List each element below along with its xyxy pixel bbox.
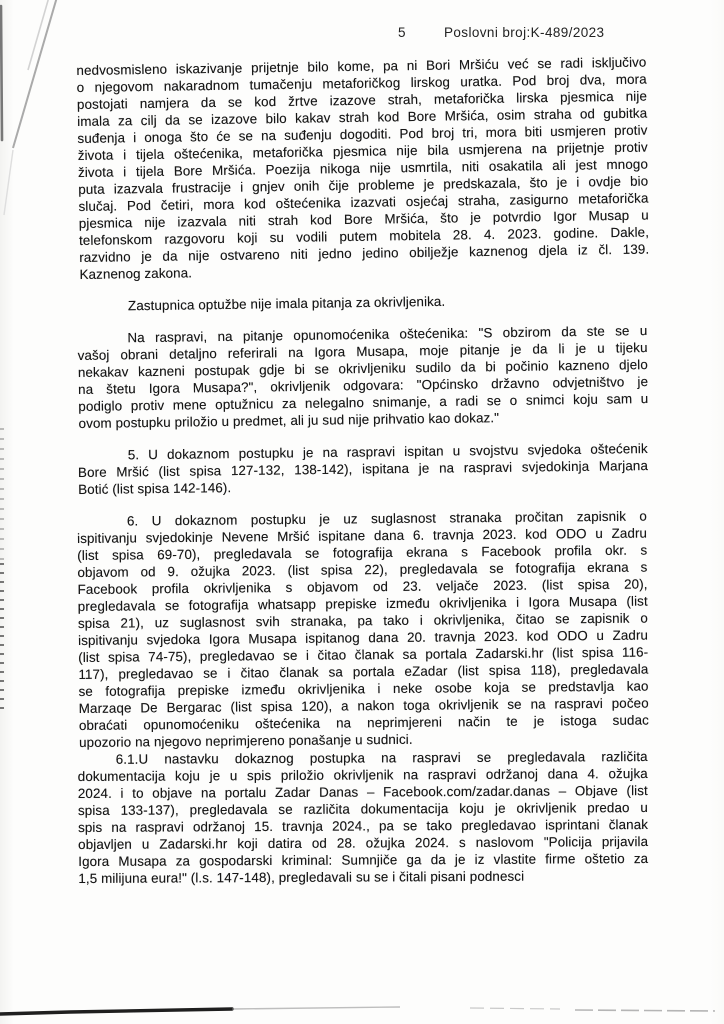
text-line: Igora Musapa za gospodarski kriminal: Su… — [78, 850, 648, 870]
paragraph-na-raspravi: Na raspravi, na pitanje opunomoćenika oš… — [77, 322, 648, 432]
paragraph-continuation: nedvosmisleno iskazivanje prijetnje bilo… — [76, 54, 649, 283]
text-line: 1,5 milijuna eura!" (l.s. 147-148), preg… — [78, 867, 648, 887]
scan-bottom-smudge-right — [575, 1010, 715, 1011]
scan-fold-artifact-tail — [4, 150, 13, 215]
text-line: Zastupnica optužbe nije imala pitanja za… — [78, 290, 648, 315]
scan-bottom-line-fade — [232, 1007, 400, 1009]
paragraph-point-5: 5. U dokaznom postupku je na raspravi is… — [78, 440, 649, 498]
scanned-document-page: 5 Poslovni broj:K-489/2023 nedvosmisleno… — [0, 0, 724, 1024]
scan-tick-marks-artifact — [0, 563, 4, 713]
page-number: 5 — [398, 25, 406, 40]
paragraph-zastupnica: Zastupnica optužbe nije imala pitanja za… — [78, 290, 648, 315]
scan-bottom-smudge — [470, 1008, 560, 1009]
case-reference: Poslovni broj:K-489/2023 — [444, 25, 604, 40]
scan-bottom-line-artifact — [0, 1009, 232, 1014]
page-header: 5 Poslovni broj:K-489/2023 — [0, 25, 724, 45]
scan-fold-artifact — [13, 0, 57, 148]
paragraph-point-6-1: 6.1.U nastavku dokaznog postupka na rasp… — [78, 748, 649, 887]
scan-tick-marks-artifact — [0, 428, 4, 563]
paragraph-point-6: 6. U dokaznom postupku je uz suglasnost … — [77, 508, 649, 751]
document-body: nedvosmisleno iskazivanje prijetnje bilo… — [78, 62, 648, 887]
